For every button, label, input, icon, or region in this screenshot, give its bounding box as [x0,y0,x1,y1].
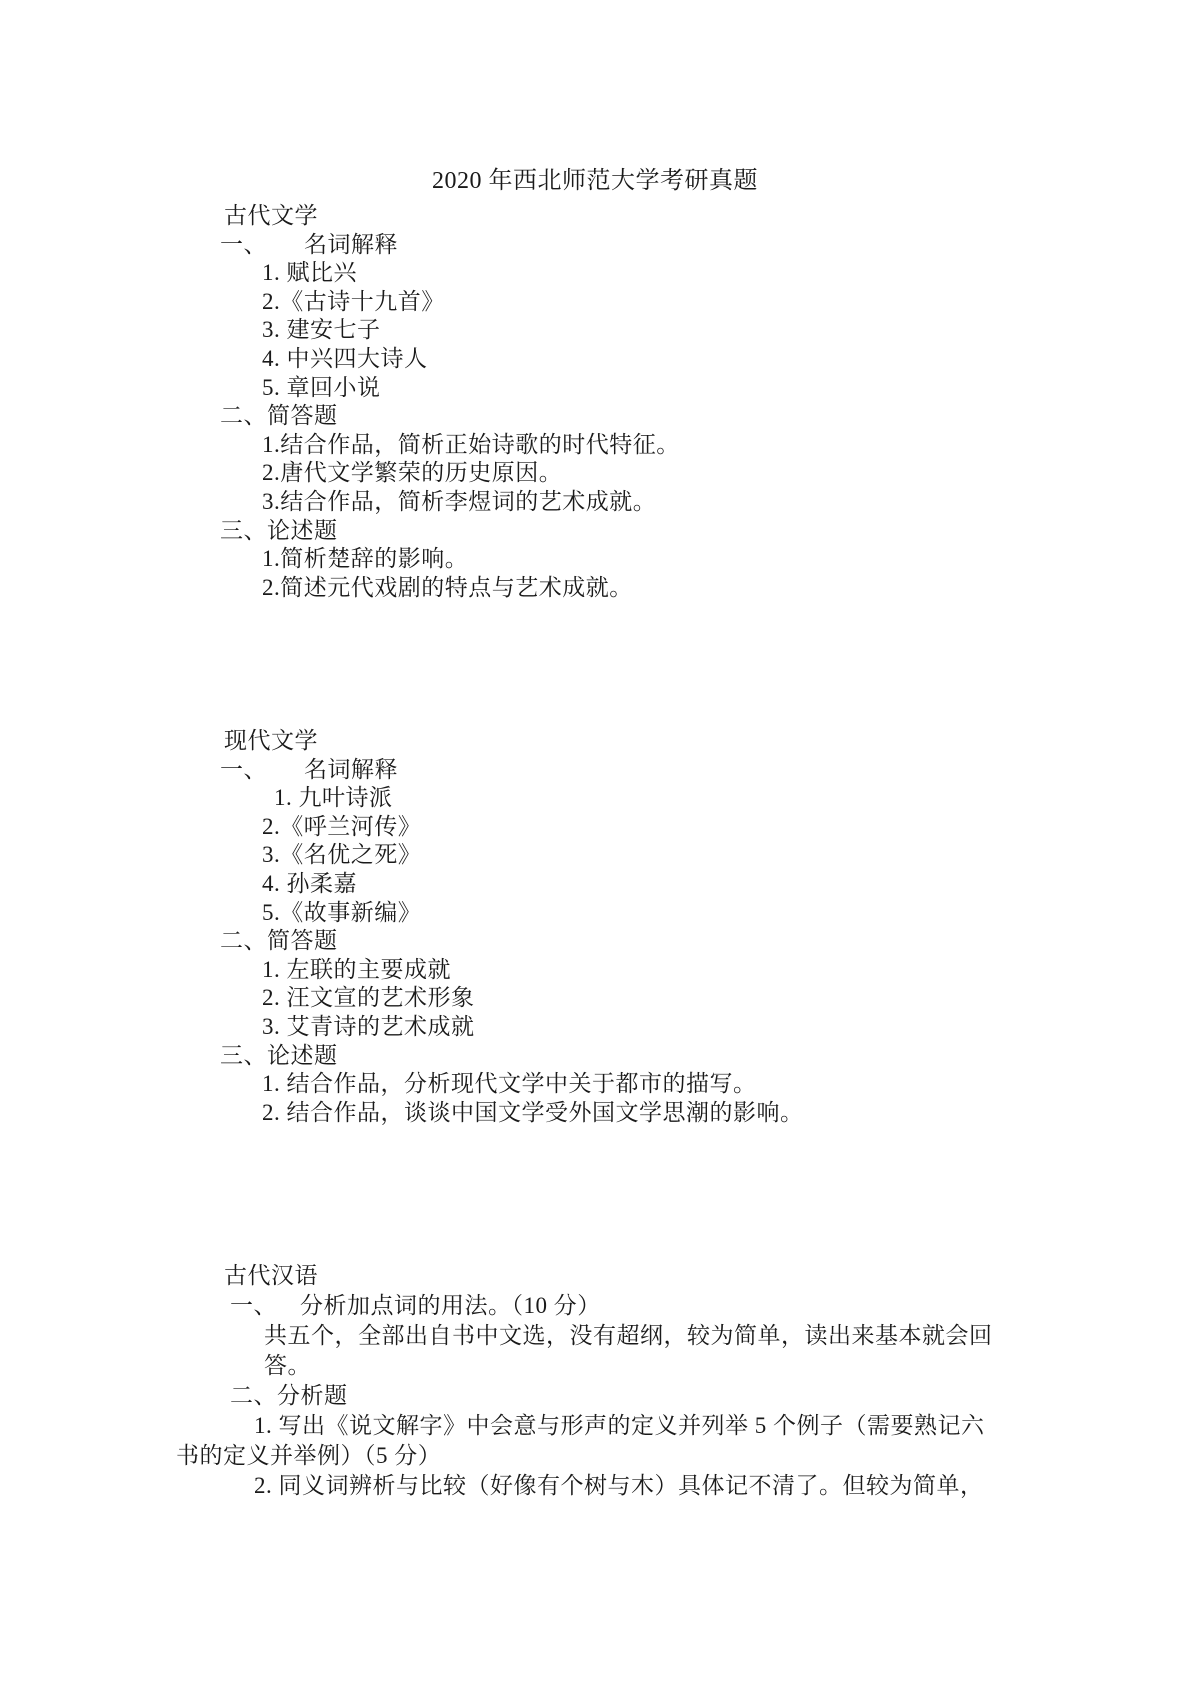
list-item: 3. 建安七子 [0,316,1190,345]
question-group-heading: 三、论述题 [0,1042,1190,1071]
list-item: 2.唐代文学繁荣的历史原因。 [0,459,1190,488]
section-modern-literature: 现代文学 一、名词解释 1. 九叶诗派 2.《呼兰河传》 3.《名优之死》 4.… [0,727,1190,1127]
section-heading: 古代汉语 [0,1261,1190,1291]
list-item: 1. 赋比兴 [0,259,1190,288]
roman-marker: 一、 [220,231,304,260]
roman-marker: 一、 [220,756,304,785]
list-item: 2. 结合作品，谈谈中国文学受外国文学思潮的影响。 [0,1099,1190,1128]
list-item: 2.《呼兰河传》 [0,813,1190,842]
section-ancient-literature: 古代文学 一、名词解释 1. 赋比兴 2.《古诗十九首》 3. 建安七子 4. … [0,202,1190,602]
list-item: 2. 同义词辨析与比较（好像有个树与木）具体记不清了。但较为简单， [0,1471,1190,1501]
section-heading: 古代文学 [0,202,1190,231]
question-group-label: 名词解释 [304,232,398,257]
section-heading: 现代文学 [0,727,1190,756]
question-group-label: 分析加点词的用法。（10 分） [300,1293,601,1318]
list-item: 1.结合作品，简析正始诗歌的时代特征。 [0,431,1190,460]
document-page: 2020 年西北师范大学考研真题 古代文学 一、名词解释 1. 赋比兴 2.《古… [0,0,1190,1683]
paragraph-line: 共五个，全部出自书中文选，没有超纲，较为简单，读出来基本就会回 [0,1321,1190,1351]
list-item: 4. 中兴四大诗人 [0,345,1190,374]
list-item: 3. 艾青诗的艺术成就 [0,1013,1190,1042]
question-group-label: 名词解释 [304,757,398,782]
list-item: 2.简述元代戏剧的特点与艺术成就。 [0,574,1190,603]
list-item: 3.《名优之死》 [0,841,1190,870]
question-group-heading: 一、名词解释 [0,231,1190,260]
question-group-heading: 二、简答题 [0,927,1190,956]
question-group-heading: 二、简答题 [0,402,1190,431]
list-item: 1. 左联的主要成就 [0,956,1190,985]
roman-marker: 一、 [230,1291,300,1321]
document-title: 2020 年西北师范大学考研真题 [0,160,1190,195]
question-group-heading: 一、分析加点词的用法。（10 分） [0,1291,1190,1321]
question-group-heading: 三、论述题 [0,517,1190,546]
list-item: 4. 孙柔嘉 [0,870,1190,899]
question-group-heading: 一、名词解释 [0,756,1190,785]
paragraph-line: 书的定义并举例）（5 分） [0,1441,1190,1471]
section-ancient-chinese: 古代汉语 一、分析加点词的用法。（10 分） 共五个，全部出自书中文选，没有超纲… [0,1261,1190,1501]
list-item: 1.简析楚辞的影响。 [0,545,1190,574]
list-item: 5. 章回小说 [0,374,1190,403]
list-item: 1. 九叶诗派 [0,784,1190,813]
list-item: 2. 汪文宣的艺术形象 [0,984,1190,1013]
list-item: 5.《故事新编》 [0,899,1190,928]
list-item: 1. 写出《说文解字》中会意与形声的定义并列举 5 个例子（需要熟记六 [0,1411,1190,1441]
list-item: 1. 结合作品，分析现代文学中关于都市的描写。 [0,1070,1190,1099]
question-group-heading: 二、分析题 [0,1381,1190,1411]
list-item: 3.结合作品，简析李煜词的艺术成就。 [0,488,1190,517]
list-item: 2.《古诗十九首》 [0,288,1190,317]
paragraph-line: 答。 [0,1351,1190,1381]
